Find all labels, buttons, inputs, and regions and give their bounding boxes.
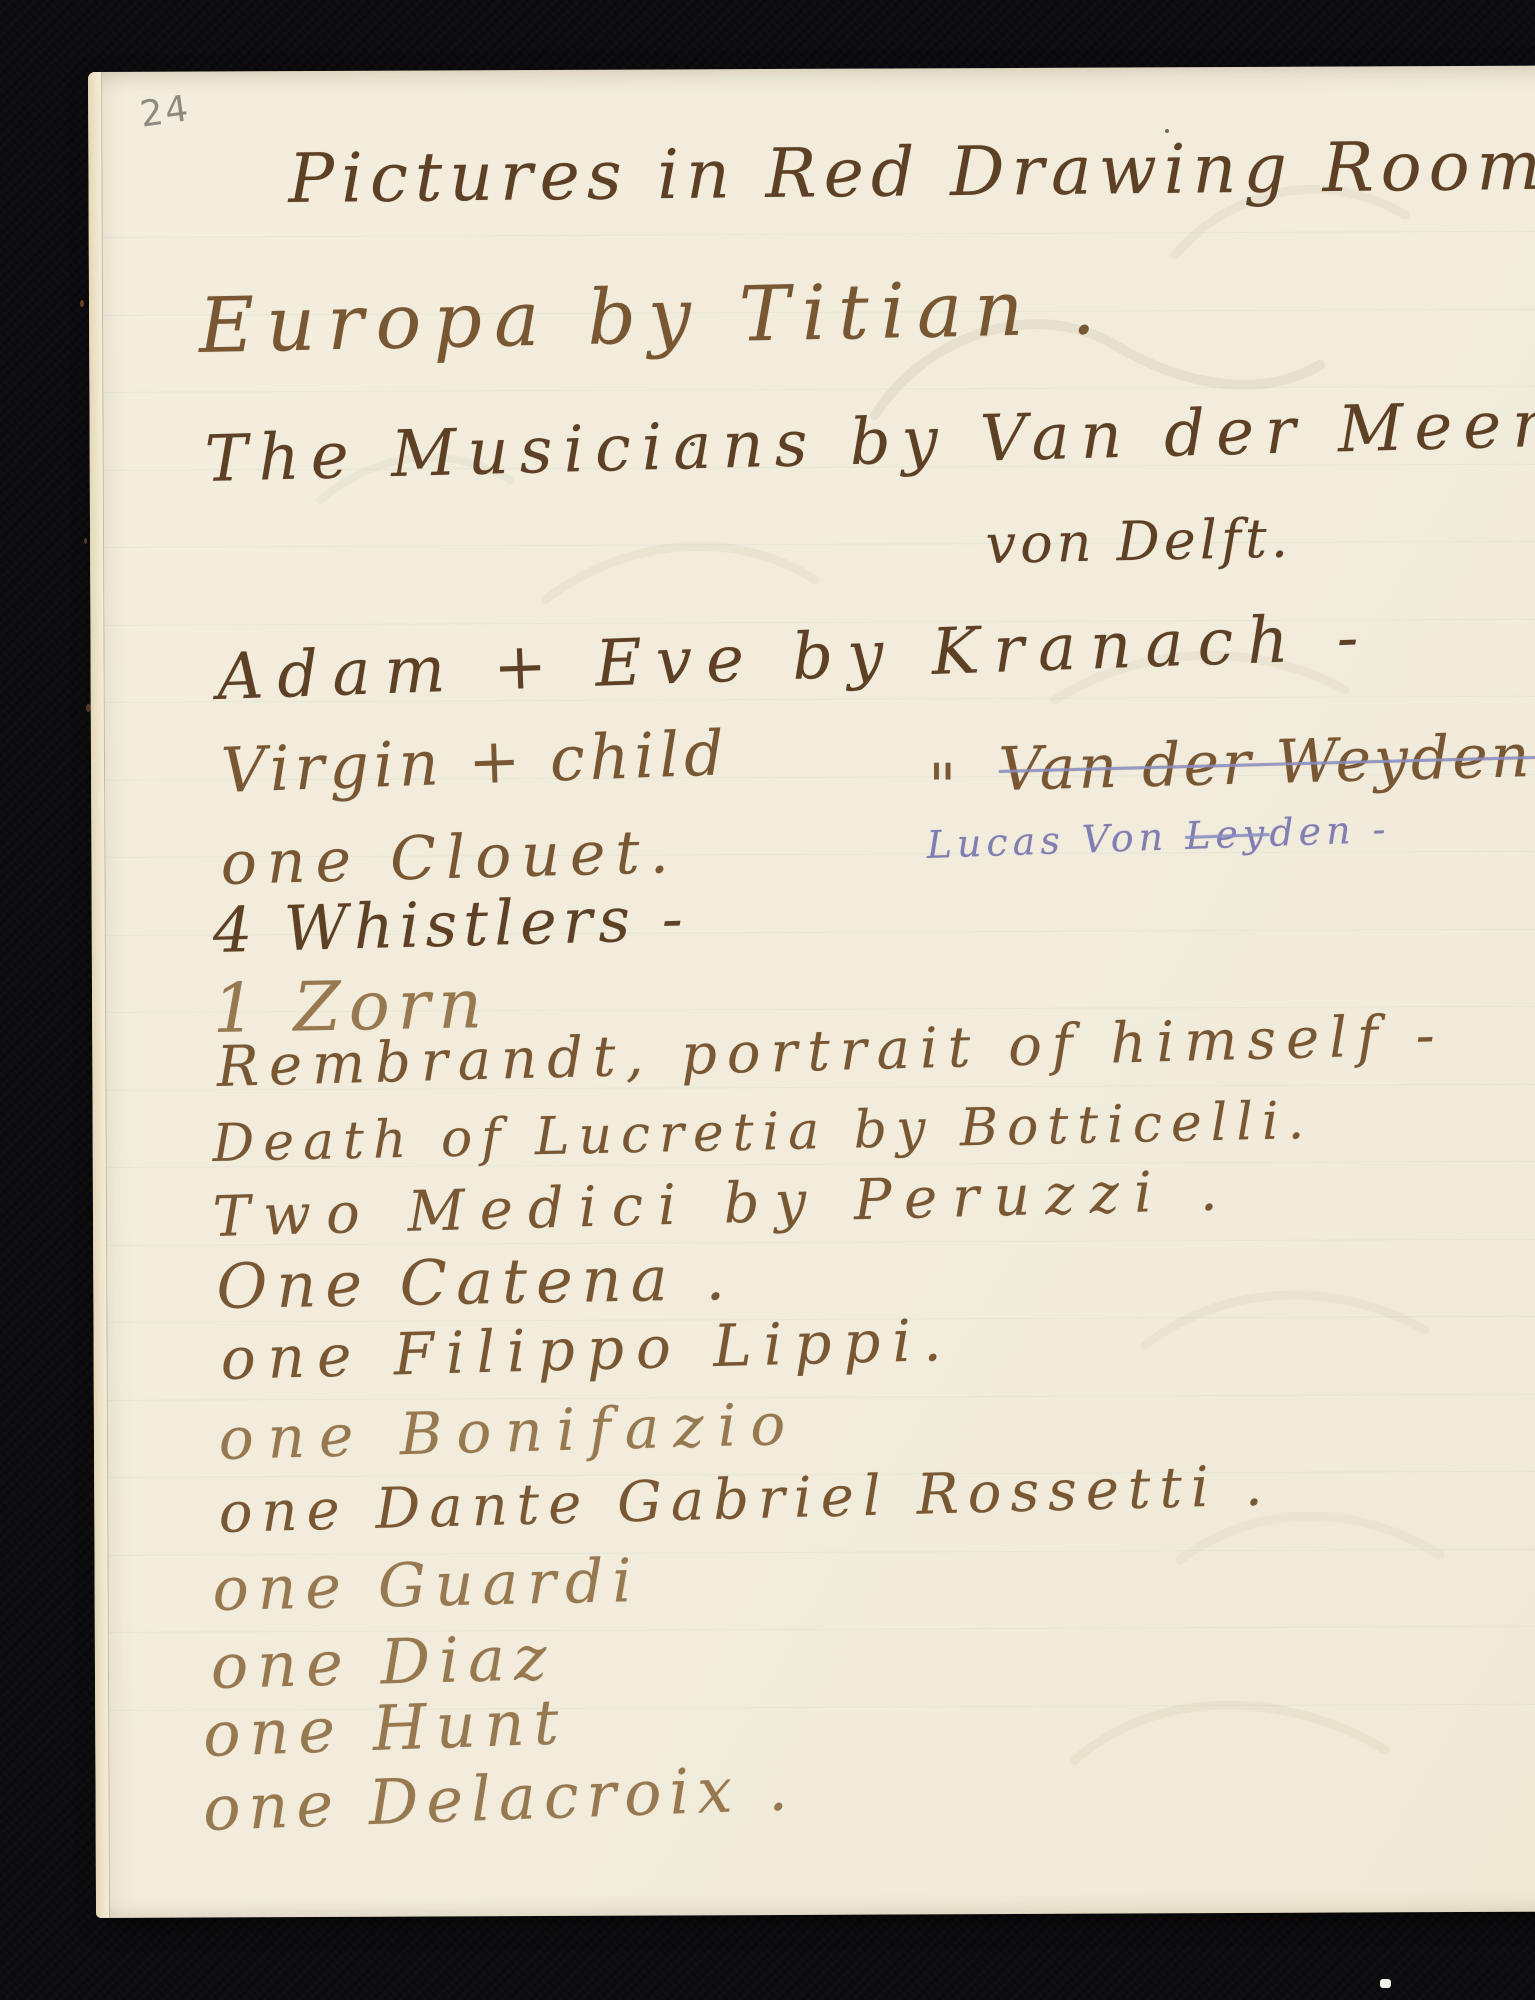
- handwritten-text: den -: [1269, 807, 1392, 855]
- handwritten-text: One Catena .: [216, 1241, 735, 1323]
- line-whistlers: 4 Whistlers -: [212, 888, 689, 962]
- handwritten-text: one Guardi: [212, 1546, 641, 1625]
- binding-stain: [86, 704, 91, 712]
- line-europa: Europa by Titian .: [198, 269, 1108, 364]
- struck-text: Van der Weyden.: [998, 720, 1535, 805]
- handwritten-text: Pictures in Red Drawing Rooms.: [288, 126, 1535, 219]
- handwritten-text: von Delft.: [985, 507, 1293, 576]
- binding-stain: [84, 538, 87, 544]
- binding-stain: [80, 300, 84, 307]
- page-title: Pictures in Red Drawing Rooms.: [288, 132, 1535, 214]
- line-bonifazio: one Bonifazio: [218, 1395, 800, 1468]
- dust-speck: [1380, 1979, 1391, 1988]
- handwritten-text: ": [928, 750, 957, 823]
- line-hunt: one Hunt: [202, 1691, 568, 1766]
- line-virgin-child: Virgin + child: [220, 722, 730, 802]
- handwritten-text: 24: [138, 88, 193, 136]
- photographed-notebook-scene: 24Pictures in Red Drawing Rooms.Europa b…: [0, 0, 1535, 2000]
- line-van-der-weyden: Van der Weyden.: [998, 725, 1535, 800]
- line-von-delft: von Delft.: [985, 512, 1292, 572]
- ink-dot: [1165, 129, 1169, 133]
- line-ditto-mark: ": [928, 756, 957, 818]
- handwritten-text: 4 Whistlers -: [212, 882, 690, 967]
- handwritten-text: one Hunt: [202, 1685, 569, 1771]
- struck-text: Ley: [1184, 811, 1270, 858]
- handwritten-text: Europa by Titian .: [198, 262, 1108, 370]
- handwritten-text: Lucas Von: [926, 814, 1186, 867]
- line-guardi: one Guardi: [212, 1551, 641, 1620]
- page-number: 24: [138, 91, 192, 134]
- ink-dot: [690, 442, 695, 446]
- line-filippo-lippi: one Filippo Lippi.: [220, 1311, 954, 1388]
- line-catena: One Catena .: [216, 1247, 734, 1318]
